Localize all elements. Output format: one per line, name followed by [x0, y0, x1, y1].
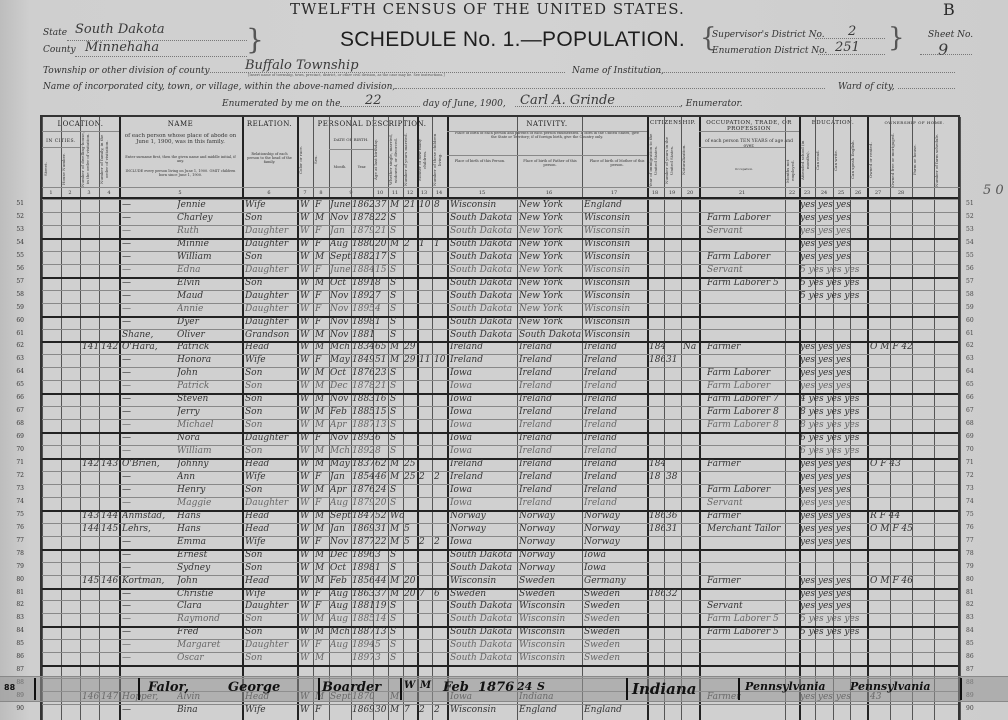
dwelling-number: 144	[82, 523, 100, 535]
vh-children-living: Number of these children living.	[432, 133, 447, 187]
birth-year: 1892	[352, 445, 374, 457]
birthplace: South Dakota	[450, 290, 517, 302]
given-name: Bina	[177, 704, 241, 716]
marital-status: M	[390, 575, 404, 587]
mother-birthplace: Ireland	[584, 497, 647, 509]
row-number-right: 62	[966, 342, 986, 349]
birth-month: Aug	[330, 238, 352, 250]
vh-can-speak: Can speak English.	[850, 133, 867, 187]
birth-year: 1881	[352, 600, 374, 612]
vh-years-us: Number of years in the United States.	[664, 133, 681, 187]
birth-year: 1837	[352, 458, 374, 470]
table-row[interactable]: —DyerDaughterWFNov18981SSouth DakotaNew …	[42, 316, 960, 329]
row-number-left: 75	[0, 511, 24, 518]
immigration-year: 1864	[649, 510, 665, 522]
relation: Son	[245, 445, 297, 457]
table-row[interactable]: —WilliamSonWMMch18928SIowaIrelandIreland…	[42, 445, 960, 458]
vh-years-married: Number of years married.	[403, 133, 417, 187]
header-divider	[699, 131, 799, 132]
table-row[interactable]: 145146Kortman,JohnHeadWMFeb185644M20Wisc…	[42, 575, 960, 588]
table-row[interactable]: —ErnestSonWMDec18963SSouth DakotaNorwayI…	[42, 549, 960, 562]
surname: O'Brien,	[122, 458, 172, 470]
group-ownership: OWNERSHIP OF HOME.	[867, 120, 962, 125]
highlight-pob: Indiana	[632, 680, 696, 698]
birthplace: Ireland	[450, 341, 517, 353]
birth-year: 1896	[352, 549, 374, 561]
father-birthplace: Ireland	[519, 341, 582, 353]
birth-month: Apr	[330, 484, 352, 496]
sex: M	[315, 458, 328, 470]
color: W	[300, 199, 313, 211]
relation: Son	[245, 652, 297, 664]
column-number: 12	[404, 190, 416, 196]
father-birthplace: Sweden	[519, 575, 582, 587]
mother-birthplace: Wisconsin	[584, 225, 647, 237]
nativity-desc: Place of birth of each person and parent…	[452, 131, 642, 139]
row-number-right: 77	[966, 537, 986, 544]
row-number-left: 87	[0, 666, 24, 673]
birth-month: Aug	[330, 613, 352, 625]
vh-can-write: Can write.	[833, 133, 850, 187]
table-row[interactable]: —MargaretDaughterWFAug18945SSouth Dakota…	[42, 639, 960, 652]
father-birthplace: New York	[519, 277, 582, 289]
mother-birthplace: Wisconsin	[584, 329, 647, 341]
birth-year: 1879	[352, 497, 374, 509]
table-row[interactable]: 143144Anmstad,HansHeadWMSept184752WdNorw…	[42, 510, 960, 523]
enumerated-prefix: Enumerated by me on the	[222, 99, 341, 109]
mother-of-children: 2	[419, 536, 433, 548]
birth-year: 1898	[352, 316, 374, 328]
birthplace: Ireland	[450, 458, 517, 470]
marital-status: S	[390, 626, 404, 638]
birth-year: 1876	[352, 484, 374, 496]
relation: Son	[245, 484, 297, 496]
column-number: 25	[835, 190, 847, 196]
table-row[interactable]: —AnnWifeWFJan185446M2522IrelandIrelandIr…	[42, 471, 960, 484]
marital-status: S	[390, 303, 404, 315]
family-number: 145	[101, 523, 119, 535]
relation: Grandson	[245, 329, 297, 341]
marital-status: M	[390, 458, 404, 470]
row-number-right: 52	[966, 213, 986, 220]
birth-month: Nov	[330, 536, 352, 548]
vh-immig-year: Year of immigration to the United States…	[648, 133, 664, 187]
header-divider	[447, 155, 647, 156]
relation: Wife	[245, 199, 297, 211]
surname: —	[122, 251, 172, 263]
birth-month: Oct	[330, 367, 352, 379]
row-number-left: 66	[0, 394, 24, 401]
family-number: 143	[101, 458, 119, 470]
age: 21	[375, 225, 389, 237]
marital-status: S	[390, 251, 404, 263]
age: 22	[375, 536, 389, 548]
table-row[interactable]: —HenrySonWMApr187624SIowaIrelandIrelandF…	[42, 484, 960, 497]
age: 14	[375, 613, 389, 625]
family-number: 142	[101, 341, 119, 353]
birth-month: Aug	[330, 639, 352, 651]
birthplace: Wisconsin	[450, 704, 517, 716]
table-row[interactable]: —RaymondSonWMAug188514SSouth DakotaWisco…	[42, 613, 960, 626]
ownership: O M F 42	[870, 341, 960, 353]
birthplace: South Dakota	[450, 316, 517, 328]
birth-month: Feb	[330, 406, 352, 418]
years-married: 25	[404, 458, 418, 470]
birth-year: 1892	[352, 290, 374, 302]
row-number-right: 65	[966, 381, 986, 388]
children-living: 6	[434, 588, 448, 600]
table-row[interactable]: —CharleySonWMNov187822SSouth DakotaNew Y…	[42, 212, 960, 225]
father-birthplace: Ireland	[519, 367, 582, 379]
table-row[interactable]: —MinnieDaughterWFAug188020M211South Dako…	[42, 238, 960, 251]
vh-color: Color or race.	[298, 133, 312, 187]
given-name: Maud	[177, 290, 241, 302]
table-row[interactable]: 141142O'Hara,PatrickHeadWMMch183465M29Ir…	[42, 341, 960, 354]
birthplace: Ireland	[450, 471, 517, 483]
row-number-left: 69	[0, 433, 24, 440]
row-number-right: 79	[966, 563, 986, 570]
color: W	[300, 600, 313, 612]
color: W	[300, 497, 313, 509]
mother-birthplace: Ireland	[584, 367, 647, 379]
years-in-us: 38	[666, 471, 682, 483]
table-row[interactable]: —RuthDaughterWFJan187921SSouth DakotaNew…	[42, 225, 960, 238]
children-living: 2	[434, 536, 448, 548]
vh-months-unemployed: Months not employed.	[785, 155, 799, 187]
occupation: Farm Laborer	[707, 367, 797, 379]
immigration-year: 1847	[649, 341, 665, 353]
color: W	[300, 575, 313, 587]
color: W	[300, 562, 313, 574]
table-row[interactable]: —ElvinSonWMOct18918SSouth DakotaNew York…	[42, 277, 960, 290]
table-row[interactable]: —WilliamSonWMSept188217SSouth DakotaNew …	[42, 251, 960, 264]
highlight-month: Feb	[443, 680, 469, 695]
surname: —	[122, 406, 172, 418]
marital-status: S	[390, 277, 404, 289]
father-birthplace: Wisconsin	[519, 613, 582, 625]
occupation: Farm Laborer 5	[707, 277, 797, 289]
education: 5 yes yes yes	[800, 613, 866, 625]
sex: M	[315, 626, 328, 638]
relation: Son	[245, 549, 297, 561]
vh-sex: Sex.	[313, 133, 327, 187]
township-label: Township or other division of county	[43, 66, 210, 76]
marital-status: S	[390, 316, 404, 328]
highlight-pob-father: Pennsylvania	[745, 680, 826, 693]
highlight-divider	[400, 678, 402, 700]
education: 8 yes yes yes	[800, 406, 866, 418]
given-name: William	[177, 251, 241, 263]
vh-marital: Whether single, married, widowed, or div…	[388, 133, 403, 187]
highlight-pob-mother: Pennsylvania	[850, 680, 931, 693]
marital-status: S	[390, 329, 404, 341]
sex: M	[315, 510, 328, 522]
mother-of-children: 2	[419, 471, 433, 483]
birth-month: Nov	[330, 432, 352, 444]
surname: —	[122, 290, 172, 302]
row-number-right: 61	[966, 330, 986, 337]
birth-month: Aug	[330, 497, 352, 509]
birthplace: South Dakota	[450, 626, 517, 638]
table-row[interactable]: —PatrickSonWMDec187821SIowaIrelandIrelan…	[42, 380, 960, 393]
row-number-left: 77	[0, 537, 24, 544]
birth-year: 1887	[352, 626, 374, 638]
highlight-given-name: George	[228, 680, 280, 695]
ownership: R F 44	[870, 510, 960, 522]
marital-status: S	[390, 652, 404, 664]
birth-month: Nov	[330, 303, 352, 315]
table-row[interactable]: 144145Lehrs,HansHeadWMJan186931M5NorwayN…	[42, 523, 960, 536]
relation: Wife	[245, 704, 297, 716]
given-name: Raymond	[177, 613, 241, 625]
birth-year: 1882	[352, 251, 374, 263]
age: 8	[375, 277, 389, 289]
education: yes yes yes	[800, 484, 866, 496]
column-number: 17	[608, 190, 620, 196]
sex: M	[315, 212, 328, 224]
years-in-us: 36	[666, 510, 682, 522]
census-title: TWELFTH CENSUS OF THE UNITED STATES.	[290, 0, 685, 18]
relation: Wife	[245, 588, 297, 600]
occupation: Farm Laborer	[707, 212, 797, 224]
relation: Daughter	[245, 290, 297, 302]
education: 5 yes yes yes	[800, 264, 866, 276]
vh-can-read: Can read.	[815, 133, 833, 187]
row-number-right: 80	[966, 576, 986, 583]
surname: —	[122, 536, 172, 548]
color: W	[300, 626, 313, 638]
group-relation: RELATION.	[242, 120, 297, 128]
sex: M	[315, 562, 328, 574]
surname: Anmstad,	[122, 510, 172, 522]
years-married: 21	[404, 199, 418, 211]
sex: F	[315, 290, 328, 302]
father-birthplace: Norway	[519, 562, 582, 574]
marital-status: S	[390, 367, 404, 379]
mother-birthplace: England	[584, 704, 647, 716]
sex: M	[315, 523, 328, 535]
father-birthplace: Ireland	[519, 458, 582, 470]
birth-year: 1887	[352, 419, 374, 431]
sex: F	[315, 471, 328, 483]
naturalization: Na	[683, 341, 699, 353]
age: 13	[375, 626, 389, 638]
sex: M	[315, 575, 328, 587]
county-label: County	[43, 45, 76, 55]
birth-month: Sept	[330, 510, 352, 522]
age: 1	[375, 316, 389, 328]
given-name: Hans	[177, 510, 241, 522]
sex: F	[315, 238, 328, 250]
highlight-divider	[318, 678, 320, 700]
table-row[interactable]: —EmmaWifeWFNov187722M522IowaNorwayNorway…	[42, 536, 960, 549]
age: 15	[375, 406, 389, 418]
birthplace: South Dakota	[450, 251, 517, 263]
birth-year: 1881	[352, 329, 374, 341]
relation: Son	[245, 277, 297, 289]
education: yes yes yes	[800, 575, 866, 587]
color: W	[300, 432, 313, 444]
header-divider	[42, 187, 960, 188]
surname: —	[122, 264, 172, 276]
birth-year: 1884	[352, 264, 374, 276]
column-number: 20	[684, 190, 696, 196]
table-row[interactable]: —StevenSonWMNov188316SIowaIrelandIreland…	[42, 393, 960, 406]
header-divider	[329, 149, 373, 150]
row-number-left: 53	[0, 226, 24, 233]
birth-year: 1895	[352, 303, 374, 315]
years-married: 2	[404, 238, 418, 250]
given-name: Patrick	[177, 341, 241, 353]
education: yes yes yes	[800, 354, 866, 366]
table-row[interactable]: —JohnSonWMOct187623SIowaIrelandIrelandFa…	[42, 367, 960, 380]
education: yes yes yes	[800, 199, 866, 211]
age: 5	[375, 639, 389, 651]
color: W	[300, 303, 313, 315]
row-number-left: 76	[0, 524, 24, 531]
table-row[interactable]: —JennieWifeWFJune186237M21108WisconsinNe…	[42, 199, 960, 212]
row-number-right: 64	[966, 368, 986, 375]
row-number-right: 60	[966, 317, 986, 324]
birth-month: Feb	[330, 575, 352, 587]
color: W	[300, 445, 313, 457]
table-row[interactable]: —FredSonWMMch188713SSouth DakotaWisconsi…	[42, 626, 960, 639]
occupation: Servant	[707, 225, 797, 237]
mother-birthplace: Ireland	[584, 458, 647, 470]
father-birthplace: New York	[519, 199, 582, 211]
age: 52	[375, 510, 389, 522]
education: yes yes yes	[800, 380, 866, 392]
table-row[interactable]: —NoraDaughterWFNov18936SIowaIrelandIrela…	[42, 432, 960, 445]
vh-farm-house: Farm or house.	[912, 133, 934, 187]
mother-birthplace: Ireland	[584, 445, 647, 457]
education: yes yes yes	[800, 225, 866, 237]
table-row[interactable]: —HonoraWifeWFMay184951M291110IrelandIrel…	[42, 354, 960, 367]
color: W	[300, 406, 313, 418]
row-number-right: 81	[966, 589, 986, 596]
column-number: 18	[649, 190, 661, 196]
row-number-right: 84	[966, 627, 986, 634]
surname: —	[122, 419, 172, 431]
table-row[interactable]: —MichaelSonWMApr188713SIowaIrelandIrelan…	[42, 419, 960, 432]
row-number-left: 54	[0, 239, 24, 246]
marital-status: S	[390, 212, 404, 224]
surname: —	[122, 354, 172, 366]
years-married: 5	[404, 523, 418, 535]
table-row[interactable]: Shane,OliverGrandsonWMNov1881SSouth Dako…	[42, 329, 960, 342]
ownership: O F 43	[870, 458, 960, 470]
row-number-right: 67	[966, 407, 986, 414]
color: W	[300, 341, 313, 353]
given-name: Margaret	[177, 639, 241, 651]
sex: F	[315, 432, 328, 444]
birth-year: 1834	[352, 341, 374, 353]
given-name: Edna	[177, 264, 241, 276]
birthplace: Norway	[450, 523, 517, 535]
sex: F	[315, 264, 328, 276]
table-row[interactable]: 142143O'Brien,JohnnyHeadWMMay183762M25Ir…	[42, 458, 960, 471]
relation: Son	[245, 626, 297, 638]
surname: —	[122, 212, 172, 224]
occupation: Farmer	[707, 575, 797, 587]
enumerator-label: , Enumerator.	[680, 99, 743, 109]
mother-of-children: 1	[419, 238, 433, 250]
color: W	[300, 354, 313, 366]
table-row[interactable]: —SydneySonWMOct18981SSouth DakotaNorwayI…	[42, 562, 960, 575]
mother-birthplace: Ireland	[584, 406, 647, 418]
state-label: State	[43, 28, 67, 38]
table-row[interactable]: —EdnaDaughterWFJune188415SSouth DakotaNe…	[42, 264, 960, 277]
marital-status: M	[390, 354, 404, 366]
birthplace: Norway	[450, 510, 517, 522]
table-row[interactable]: —JerrySonWMFeb188515SIowaIrelandIrelandF…	[42, 406, 960, 419]
marital-status: S	[390, 613, 404, 625]
highlight-divider	[138, 678, 140, 700]
surname: —	[122, 303, 172, 315]
occupation: Farm Laborer	[707, 380, 797, 392]
mother-birthplace: Sweden	[584, 639, 647, 651]
row-number-left: 80	[0, 576, 24, 583]
immigration-year: 1869	[649, 523, 665, 535]
age: 30	[375, 704, 389, 716]
given-name: John	[177, 575, 241, 587]
row-number-left: 82	[0, 601, 24, 608]
surname: —	[122, 199, 172, 211]
column-number: 2	[64, 190, 76, 196]
color: W	[300, 523, 313, 535]
row-number-left: 60	[0, 317, 24, 324]
row-number-right: 76	[966, 524, 986, 531]
immigration-year: 1869	[649, 354, 665, 366]
age: 51	[375, 354, 389, 366]
education: yes yes yes	[800, 458, 866, 470]
table-row[interactable]: —MaggieDaughterWFAug187920SIowaIrelandIr…	[42, 497, 960, 510]
row-number-right: 72	[966, 472, 986, 479]
relation: Head	[245, 575, 297, 587]
age: 37	[375, 588, 389, 600]
marital-status: M	[390, 523, 404, 535]
given-name: Jerry	[177, 406, 241, 418]
color: W	[300, 484, 313, 496]
surname: O'Hara,	[122, 341, 172, 353]
row-number-right: 51	[966, 200, 986, 207]
table-row[interactable]: —AnnieDaughterWFNov18954SSouth DakotaNew…	[42, 303, 960, 316]
birth-year: 1863	[352, 588, 374, 600]
birth-year: 1869	[352, 523, 374, 535]
age: 6	[375, 432, 389, 444]
marital-status: S	[390, 432, 404, 444]
table-row[interactable]: —ChristieWifeWFAug186337M2076SwedenSwede…	[42, 588, 960, 601]
table-row[interactable]: —BinaWifeWF186930M722WisconsinEnglandEng…	[42, 704, 960, 717]
sex: M	[315, 549, 328, 561]
row-number-left: 61	[0, 330, 24, 337]
marital-status: S	[390, 562, 404, 574]
age: 1	[375, 562, 389, 574]
column-number: 5	[174, 190, 186, 196]
row-number-right: 54	[966, 239, 986, 246]
age: 62	[375, 458, 389, 470]
row-number-left: 58	[0, 291, 24, 298]
father-birthplace: Ireland	[519, 393, 582, 405]
table-row[interactable]: —ClaraDaughterWFAug188119SSouth DakotaWi…	[42, 600, 960, 613]
table-row[interactable]: —OscarSonWM18973SSouth DakotaWisconsinSw…	[42, 652, 960, 665]
row-number-left: 64	[0, 368, 24, 375]
ownership: O M F 46	[870, 575, 960, 587]
table-row[interactable]: —MaudDaughterWFNov18927SSouth DakotaNew …	[42, 290, 960, 303]
mother-birthplace: Ireland	[584, 484, 647, 496]
birth-year: 1869	[352, 704, 374, 716]
row-number-left: 56	[0, 265, 24, 272]
